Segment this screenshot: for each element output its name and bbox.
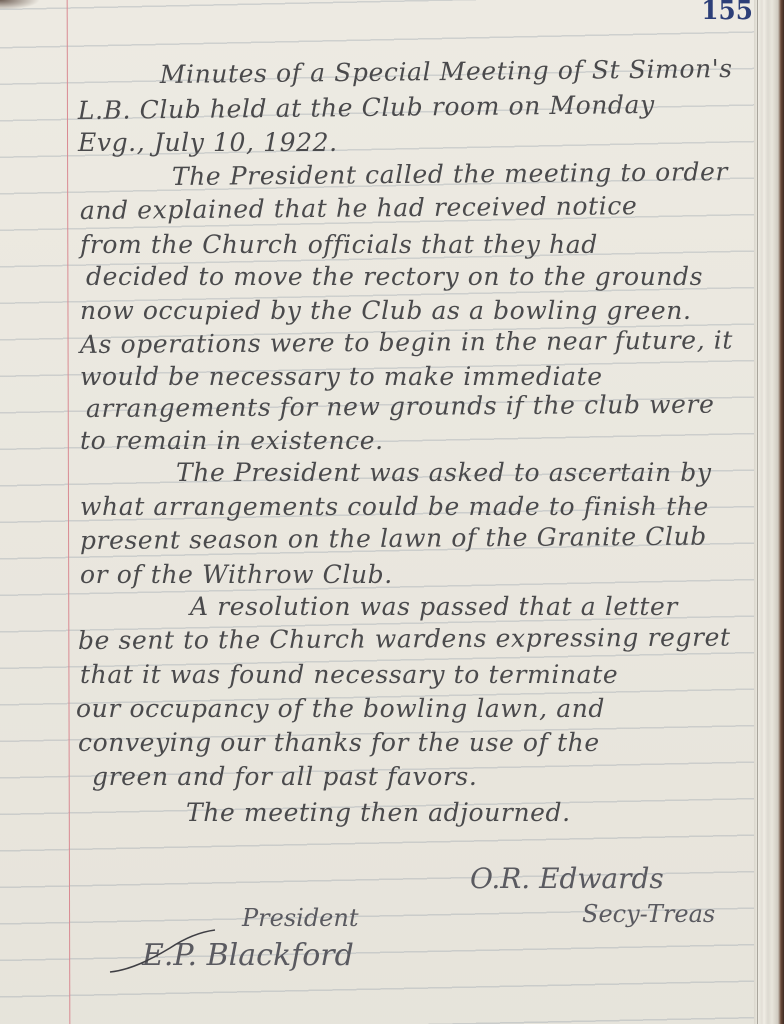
- president-title: President: [242, 904, 358, 932]
- paragraph-3-line-2: be sent to the Church wardens expressing…: [78, 623, 731, 655]
- paragraph-1-line-2: and explained that he had received notic…: [80, 191, 638, 225]
- paragraph-1-line-4: decided to move the rectory on to the gr…: [86, 262, 703, 291]
- paragraph-2-line-2: what arrangements could be made to finis…: [80, 492, 709, 521]
- paragraph-2-line-4: or of the Withrow Club.: [80, 560, 393, 589]
- page-stack-edge: [754, 0, 784, 1024]
- paragraph-1-line-9: to remain in existence.: [80, 426, 384, 455]
- paragraph-2-line-3: present season on the lawn of the Granit…: [80, 522, 707, 555]
- paragraph-2-line-1: The President was asked to ascertain by: [176, 458, 712, 487]
- secretary-signature: O.R. Edwards: [470, 862, 664, 895]
- paragraph-3-line-6: green and for all past favors.: [92, 762, 477, 791]
- secretary-title: Secy-Treas: [582, 900, 715, 928]
- signature-flourish: [100, 920, 220, 980]
- paragraph-1-line-1: The President called the meeting to orde…: [172, 157, 728, 191]
- paragraph-3-line-4: our occupancy of the bowling lawn, and: [76, 694, 605, 723]
- paragraph-1-line-3: from the Church officials that they had: [80, 230, 598, 259]
- closing-line: The meeting then adjourned.: [186, 798, 571, 827]
- page-edge-line: [757, 0, 758, 1024]
- paragraph-3-line-1: A resolution was passed that a letter: [190, 592, 678, 621]
- heading-line-1: Minutes of a Special Meeting of St Simon…: [160, 54, 733, 89]
- page-number: 155: [701, 0, 753, 26]
- paragraph-1-line-5: now occupied by the Club as a bowling gr…: [80, 296, 692, 325]
- ledger-page: 155 Minutes of a Special Meeting of St S…: [0, 0, 784, 1024]
- paragraph-1-line-7: would be necessary to make immediate: [80, 362, 603, 391]
- paragraph-1-line-8: arrangements for new grounds if the club…: [86, 390, 715, 423]
- paragraph-1-line-6: As operations were to begin in the near …: [80, 325, 733, 359]
- paragraph-3-line-3: that it was found necessary to terminate: [80, 660, 618, 689]
- heading-line-3: Evg., July 10, 1922.: [78, 128, 338, 157]
- heading-line-2: L.B. Club held at the Club room on Monda…: [78, 90, 655, 125]
- paragraph-3-line-5: conveying our thanks for the use of the: [78, 728, 600, 757]
